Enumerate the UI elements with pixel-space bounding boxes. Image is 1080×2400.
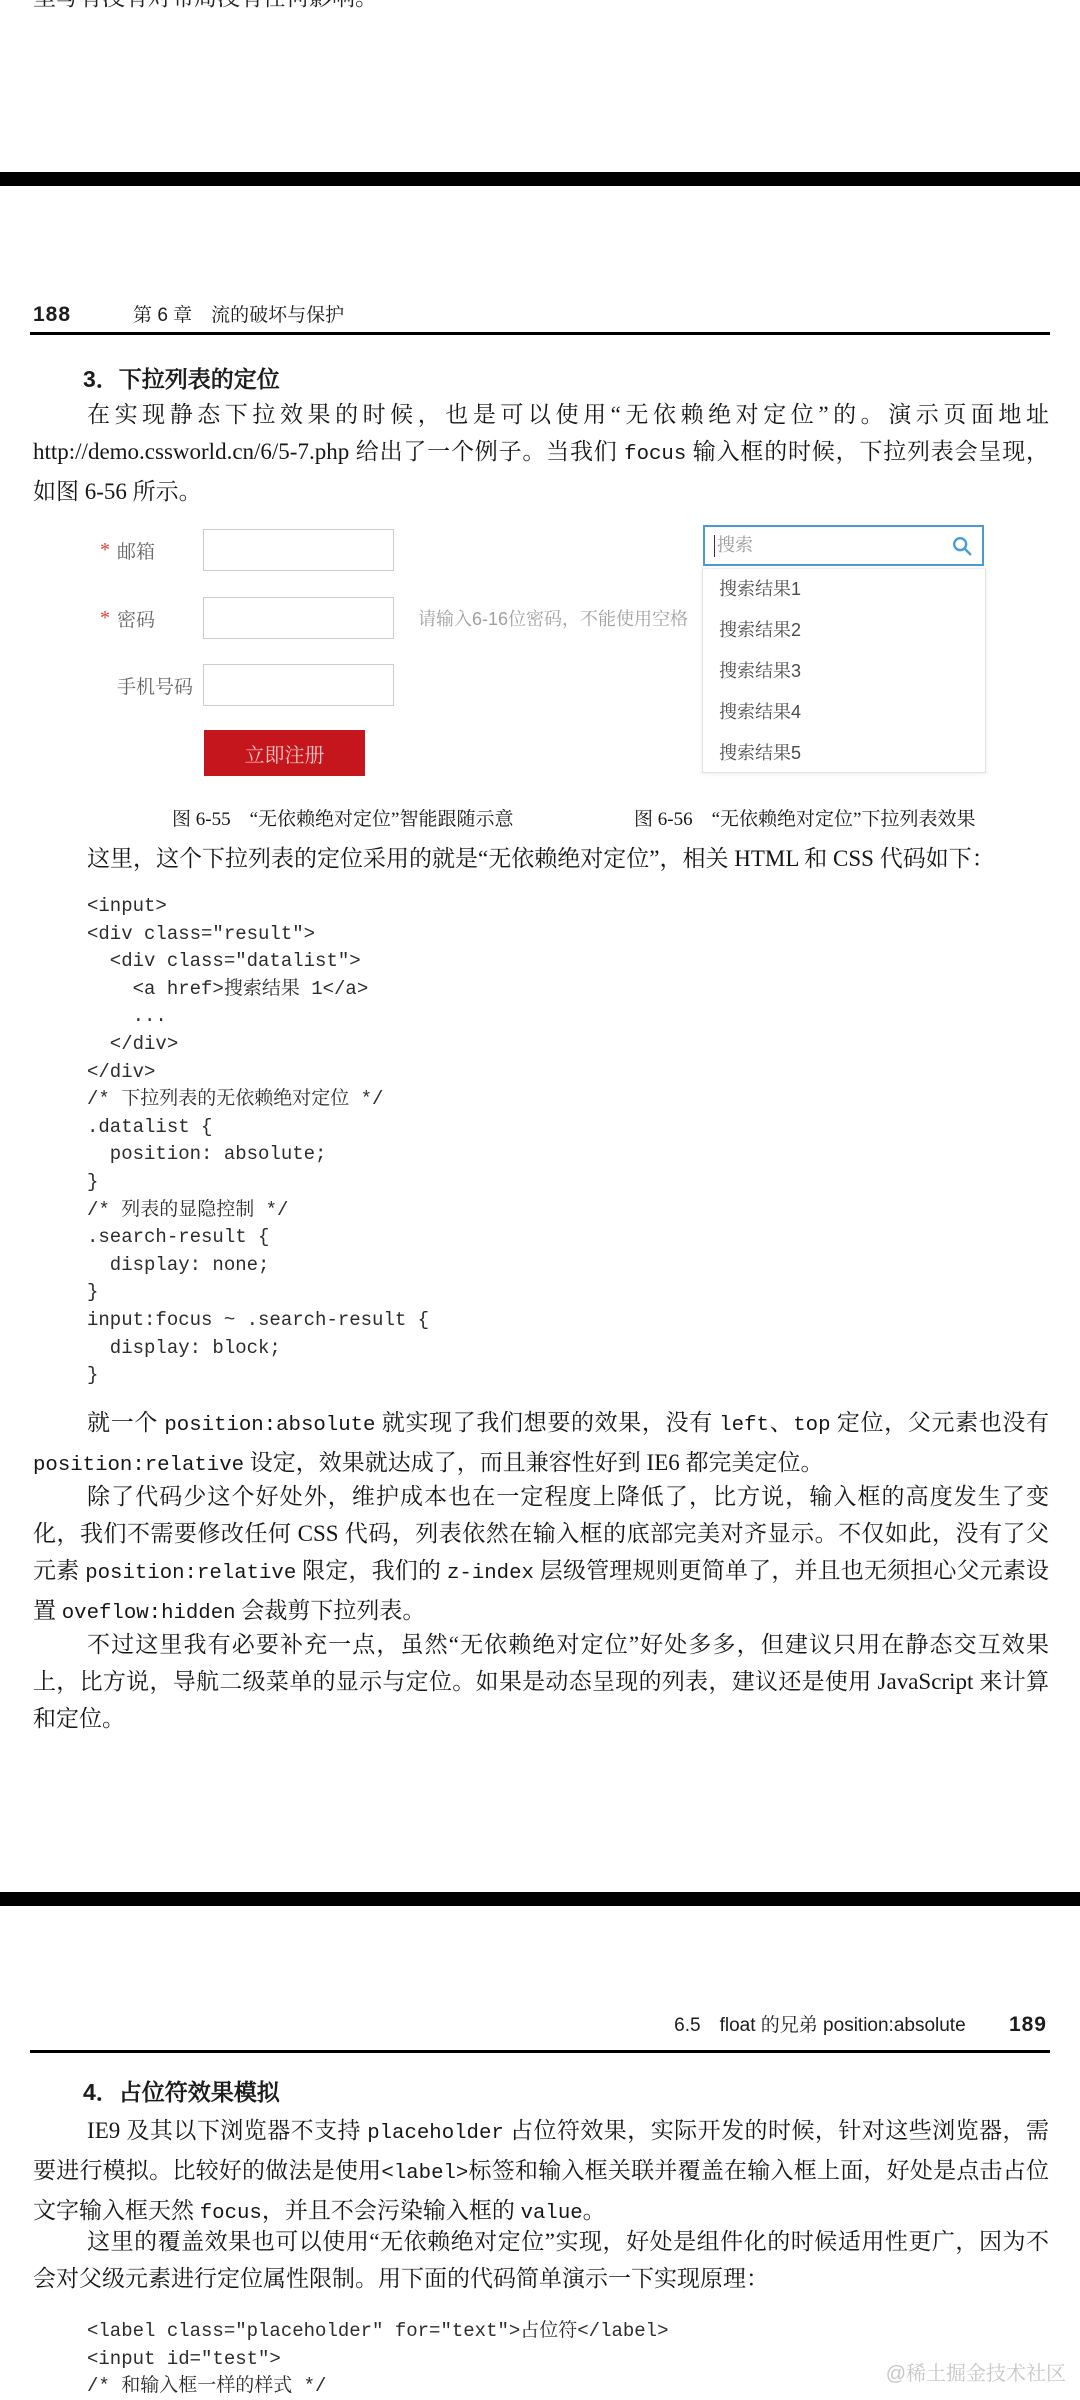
- search-result-item[interactable]: 搜索结果3: [703, 651, 985, 692]
- page-separator-bar: [0, 172, 1080, 186]
- paragraph-2: 除了代码少这个好处外，维护成本也在一定程度上降低了，比方说，输入框的高度发生了变…: [33, 1478, 1049, 1632]
- watermark: @稀土掘金技术社区: [886, 2357, 1066, 2386]
- phone-field[interactable]: [203, 664, 394, 706]
- email-field[interactable]: [203, 529, 394, 571]
- section-running-title: 6.5 float 的兄弟 position:absolute: [674, 2015, 966, 2036]
- page-number: 188: [33, 303, 71, 327]
- paragraph-code-intro: 这里，这个下拉列表的定位采用的就是“无依赖绝对定位”，相关 HTML 和 CSS…: [33, 840, 1049, 877]
- search-result-item[interactable]: 搜索结果2: [703, 610, 985, 651]
- section-heading-3: 3．下拉列表的定位: [83, 361, 280, 394]
- section-heading-4: 4．占位符效果模拟: [83, 2074, 280, 2107]
- page-189-header: 6.5 float 的兄弟 position:absolute 189: [30, 2010, 1047, 2037]
- required-asterisk: *: [100, 539, 117, 562]
- paragraph-4: IE9 及其以下浏览器不支持 placeholder 占位符效果，实际开发的时候…: [33, 2112, 1049, 2232]
- chapter-title: 第 6 章 流的破坏与保护: [133, 300, 344, 327]
- header-rule: [30, 2050, 1050, 2053]
- form-row-phone: 手机号码: [100, 663, 394, 707]
- page-188-header: 188 第 6 章 流的破坏与保护: [33, 300, 344, 327]
- required-asterisk: *: [100, 607, 117, 630]
- password-hint: 请输入6-16位密码，不能使用空格: [418, 605, 688, 631]
- password-field[interactable]: [203, 597, 394, 639]
- search-field[interactable]: [715, 534, 951, 557]
- search-icon[interactable]: [951, 535, 973, 557]
- paragraph-5: 这里的覆盖效果也可以使用“无依赖绝对定位”实现，好处是组件化的时候适用性更广，因…: [33, 2223, 1049, 2297]
- search-input[interactable]: [703, 525, 984, 566]
- search-result-item[interactable]: 搜索结果4: [703, 692, 985, 733]
- code-block-dropdown: <input> <div class="result"> <div class=…: [87, 893, 429, 1390]
- paragraph-1: 就一个 position:absolute 就实现了我们想要的效果，没有 lef…: [33, 1404, 1049, 1484]
- page-number: 189: [1009, 2013, 1047, 2036]
- figure-6-56-caption: 图 6-56 “无依赖绝对定位”下拉列表效果: [634, 804, 975, 831]
- search-result-item[interactable]: 搜索结果1: [703, 569, 985, 610]
- figure-6-55-caption: 图 6-55 “无依赖绝对定位”智能跟随示意: [172, 804, 513, 831]
- paragraph-intro: 在实现静态下拉效果的时候，也是可以使用“无依赖绝对定位”的。演示页面地址 htt…: [33, 396, 1049, 510]
- code-block-placeholder: <label class="placeholder" for="text">占位…: [87, 2318, 669, 2400]
- register-button[interactable]: 立即注册: [204, 730, 365, 776]
- page-separator-bar: [0, 1892, 1080, 1906]
- search-result-item[interactable]: 搜索结果5: [703, 733, 985, 774]
- header-rule: [30, 332, 1050, 335]
- form-row-password: * 密码 请输入6-16位密码，不能使用空格: [100, 596, 688, 640]
- top-cut-text: 里写有没有对布局没有任何影响。: [33, 0, 378, 13]
- book-page-spread: 里写有没有对布局没有任何影响。 188 第 6 章 流的破坏与保护 3．下拉列表…: [0, 0, 1080, 2400]
- search-results-dropdown: 搜索结果1 搜索结果2 搜索结果3 搜索结果4 搜索结果5: [702, 568, 986, 773]
- phone-label: 手机号码: [117, 672, 203, 699]
- password-label: 密码: [117, 605, 203, 632]
- email-label: 邮箱: [117, 537, 203, 564]
- form-row-email: * 邮箱: [100, 528, 394, 572]
- paragraph-3: 不过这里我有必要补充一点，虽然“无依赖绝对定位”好处多多，但建议只用在静态交互效…: [33, 1626, 1049, 1737]
